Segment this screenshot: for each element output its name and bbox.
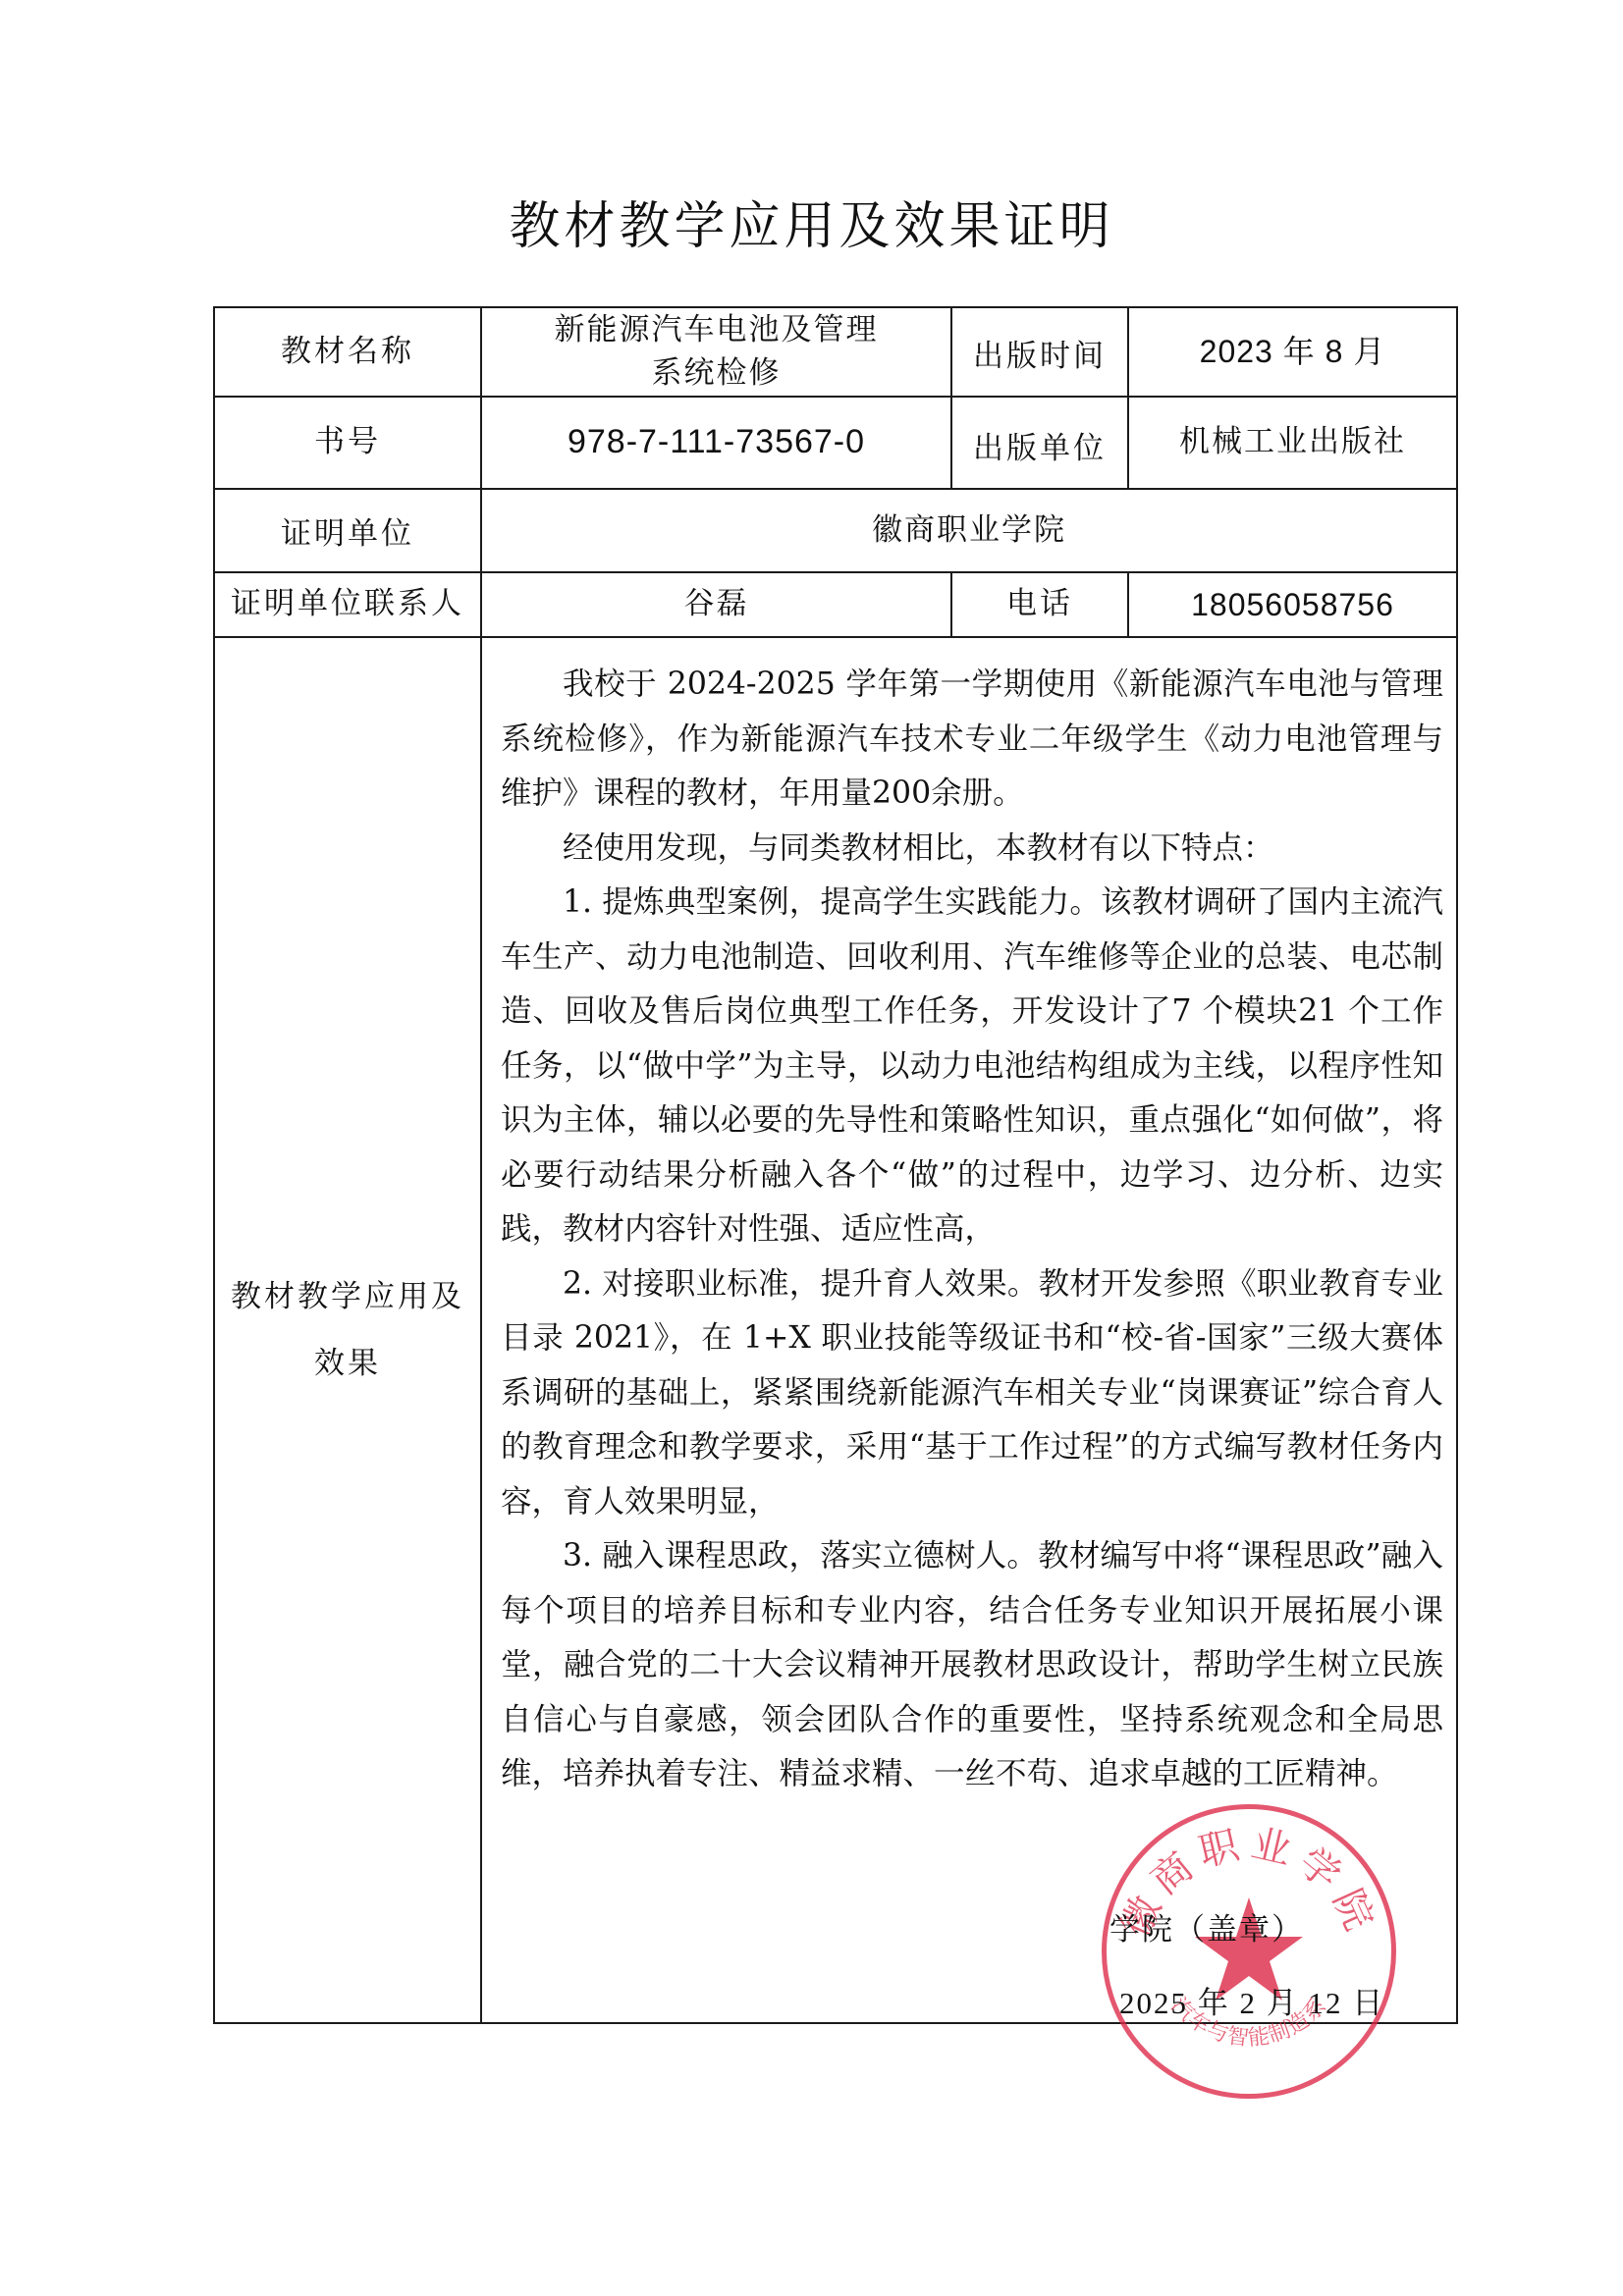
textbook-name-line1: 新能源汽车电池及管理 [555,309,879,351]
textbook-name-value: 新能源汽车电池及管理 系统检修 [482,308,950,396]
certifying-unit-value: 徽商职业学院 [482,490,1456,571]
paragraph-features-intro: 经使用发现，与同类教材相比，本教材有以下特点： [501,822,1443,877]
contact-person-label: 证明单位联系人 [215,573,480,636]
paragraph-feature-1: 1. 提炼典型案例，提高学生实践能力。该教材调研了国内主流汽车生产、动力电池制造… [501,876,1443,1257]
application-effect-label-line1: 教材教学应用及 [231,1263,464,1330]
publish-date-value: 2023 年 8 月 [1129,308,1456,396]
signature-date: 2025 年 2 月 12 日 [1119,1978,1384,2022]
paragraph-feature-3: 3. 融入课程思政，落实立德树人。教材编写中将“课程思政”融入每个项目的培养目标… [501,1529,1443,1802]
phone-value: 18056058756 [1129,573,1456,636]
application-effect-content: 我校于 2024-2025 学年第一学期使用《新能源汽车电池与管理系统检修》，作… [501,658,1443,1802]
certifying-unit-label: 证明单位 [215,490,480,571]
isbn-value: 978-7-111-73567-0 [482,398,950,488]
paragraph-usage: 我校于 2024-2025 学年第一学期使用《新能源汽车电池与管理系统检修》，作… [501,658,1443,822]
publisher-value: 机械工业出版社 [1129,398,1456,488]
contact-person-value: 谷磊 [482,573,950,636]
publish-date-label: 出版时间 [952,308,1127,396]
publisher-label: 出版单位 [952,398,1127,488]
document-title: 教材教学应用及效果证明 [0,185,1623,258]
textbook-name-label: 教材名称 [215,308,480,396]
paragraph-feature-2: 2. 对接职业标准，提升育人效果。教材开发参照《职业教育专业目录 2021》，在… [501,1257,1443,1530]
isbn-label: 书号 [215,398,480,488]
textbook-name-line2: 系统检修 [652,352,782,395]
signature-label: 学院（盖章） [1109,1904,1304,1949]
application-effect-label: 教材教学应用及 效果 [215,638,480,2022]
phone-label: 电话 [952,573,1127,636]
application-effect-label-line2: 效果 [314,1330,381,1397]
